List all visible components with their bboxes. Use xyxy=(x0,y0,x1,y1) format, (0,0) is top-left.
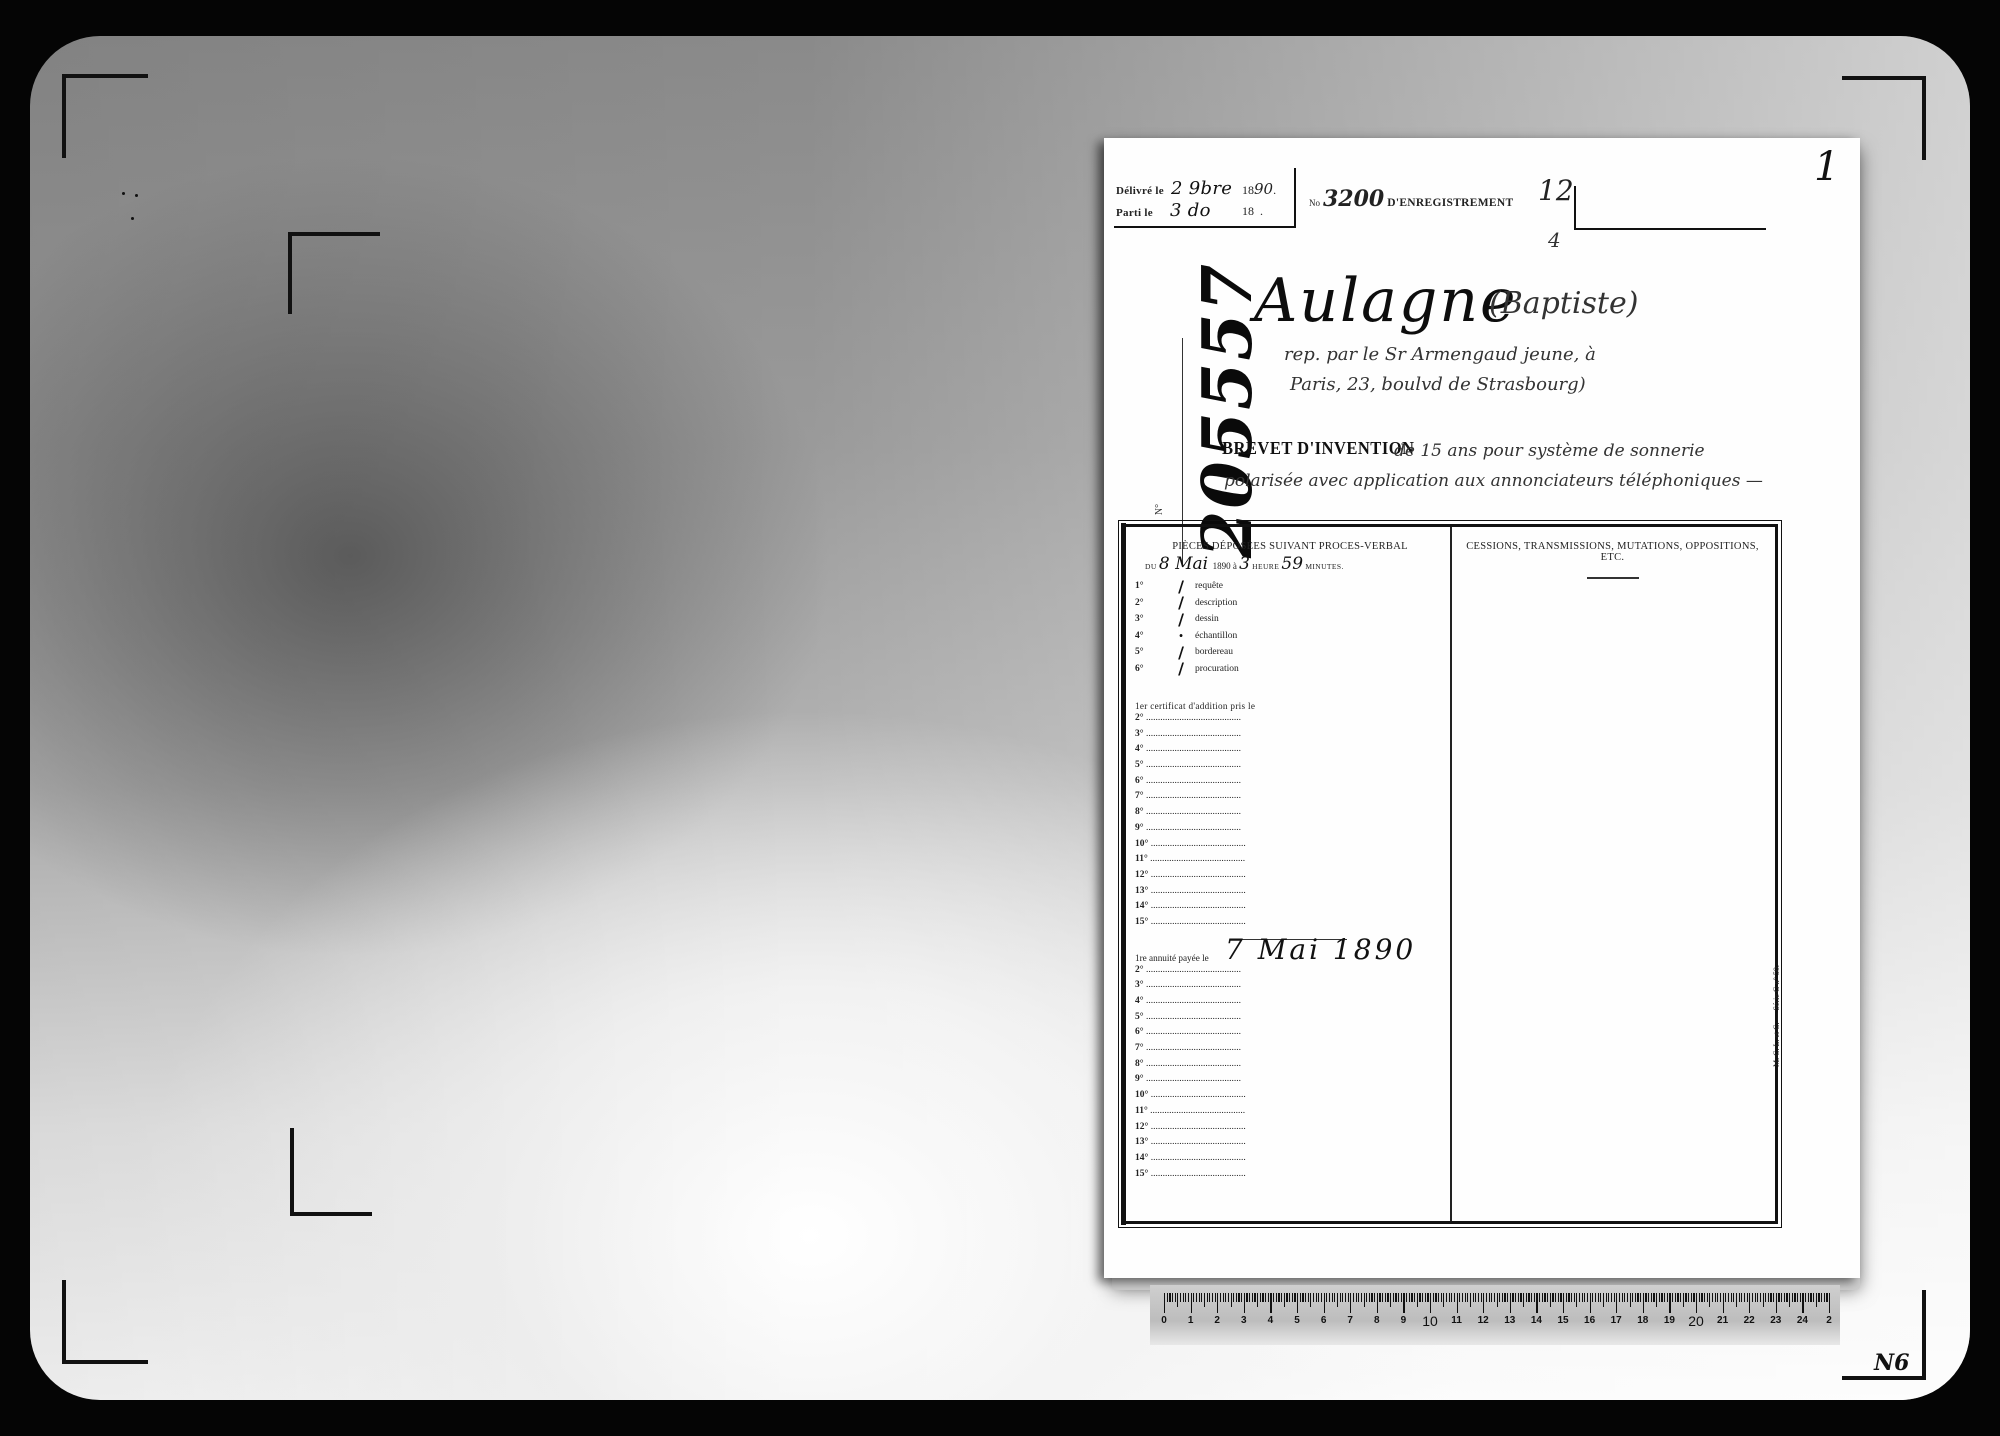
ruler-tick xyxy=(1449,1293,1450,1302)
ruler-tick xyxy=(1576,1293,1577,1307)
ruler-tick xyxy=(1627,1293,1628,1302)
annuity-row: 6° .....................................… xyxy=(1135,1025,1253,1041)
certificate-row: 7° .....................................… xyxy=(1135,789,1253,805)
piece-index: 1° xyxy=(1135,581,1171,591)
ruler-tick xyxy=(1497,1293,1498,1307)
printer-mark: M. C. L. et C. — Série G n° 50. xyxy=(1772,965,1781,1067)
ruler-tick xyxy=(1584,1293,1585,1302)
departed-year: 18 . xyxy=(1242,204,1263,219)
ruler-label: 24 xyxy=(1797,1315,1808,1326)
ruler-label: 18 xyxy=(1637,1315,1648,1326)
ruler-tick xyxy=(1810,1293,1811,1302)
ruler-tick xyxy=(1563,1293,1564,1313)
ruler-tick xyxy=(1297,1293,1298,1313)
certificate-row: 14° ....................................… xyxy=(1135,899,1253,915)
ruler-tick xyxy=(1829,1293,1830,1313)
ruler-tick xyxy=(1651,1293,1652,1302)
ruler-tick xyxy=(1337,1293,1338,1307)
certificate-row: 4° .....................................… xyxy=(1135,742,1253,758)
ruler-tick xyxy=(1281,1293,1282,1302)
ruler-tick xyxy=(1550,1293,1551,1307)
ruler-label: 23 xyxy=(1770,1315,1781,1326)
ruler-label: 14 xyxy=(1531,1315,1542,1326)
ruler-tick xyxy=(1324,1293,1325,1313)
ruler-tick xyxy=(1664,1293,1665,1302)
ruler-tick xyxy=(1800,1293,1801,1302)
delivered-date: 2 9bre xyxy=(1171,178,1232,199)
ruler-tick xyxy=(1443,1293,1444,1307)
ruler-label: 0 xyxy=(1161,1315,1167,1326)
ruler-label: 1 xyxy=(1188,1315,1194,1326)
ruler-tick xyxy=(1467,1293,1468,1302)
annuity-row: 8° .....................................… xyxy=(1135,1057,1253,1073)
ruler-tick xyxy=(1574,1293,1575,1302)
ruler-label: 17 xyxy=(1611,1315,1622,1326)
ruler-tick xyxy=(1387,1293,1388,1302)
ruler-tick xyxy=(1582,1293,1583,1302)
ruler-tick xyxy=(1648,1293,1649,1302)
ruler-tick xyxy=(1763,1293,1764,1307)
ruler-tick xyxy=(1587,1293,1588,1302)
record-table: PIÈCES DÉPOSÉES SUIVANT PROCES-VERBAL DU… xyxy=(1122,524,1778,1224)
registration-fraction-top: 12 xyxy=(1538,174,1574,207)
ruler-tick xyxy=(1425,1293,1426,1302)
proces-verbal-date: DU 8 Mai 1890 à 3 HEURE 59 MINUTES. xyxy=(1145,554,1445,574)
ruler-tick xyxy=(1765,1293,1766,1302)
piece-label: procuration xyxy=(1191,664,1239,674)
ruler-tick xyxy=(1595,1293,1596,1302)
crop-mark-bottom-left-outer xyxy=(62,1280,148,1364)
ruler-tick xyxy=(1699,1293,1700,1302)
ruler-tick xyxy=(1691,1293,1692,1302)
ruler-tick xyxy=(1377,1293,1378,1313)
ruler-tick xyxy=(1656,1293,1657,1307)
ruler-tick xyxy=(1379,1293,1380,1302)
ruler-tick xyxy=(1433,1293,1434,1302)
ruler-tick xyxy=(1366,1293,1367,1302)
ruler-tick xyxy=(1462,1293,1463,1302)
ruler-tick xyxy=(1534,1293,1535,1302)
ruler-tick xyxy=(1643,1293,1644,1313)
ruler-tick xyxy=(1552,1293,1553,1302)
ruler-tick xyxy=(1231,1293,1232,1307)
ruler-tick xyxy=(1257,1293,1258,1307)
ruler-tick xyxy=(1364,1293,1365,1307)
ruler-tick xyxy=(1201,1293,1202,1302)
ruler-tick xyxy=(1768,1293,1769,1302)
ruler-tick xyxy=(1717,1293,1718,1302)
ruler-tick xyxy=(1374,1293,1375,1302)
ruler-label: 12 xyxy=(1478,1315,1489,1326)
ruler-tick xyxy=(1677,1293,1678,1302)
ruler-tick xyxy=(1316,1293,1317,1302)
annuity-row: 4° .....................................… xyxy=(1135,994,1253,1010)
ruler-tick xyxy=(1816,1293,1817,1307)
ruler-tick xyxy=(1385,1293,1386,1302)
ruler-tick xyxy=(1228,1293,1229,1302)
ruler-tick xyxy=(1560,1293,1561,1302)
ruler-tick xyxy=(1731,1293,1732,1302)
departed-row: Parti le 3 do xyxy=(1116,200,1211,221)
ruler-tick xyxy=(1821,1293,1822,1302)
ruler-tick xyxy=(1313,1293,1314,1302)
ruler-tick xyxy=(1438,1293,1439,1302)
ruler-tick xyxy=(1371,1293,1372,1302)
ruler-tick xyxy=(1265,1293,1266,1302)
ruler-tick xyxy=(1390,1293,1391,1307)
ruler-tick xyxy=(1824,1293,1825,1302)
ruler-tick xyxy=(1568,1293,1569,1302)
ruler-tick xyxy=(1792,1293,1793,1302)
ruler-tick xyxy=(1640,1293,1641,1302)
ruler-tick xyxy=(1345,1293,1346,1302)
ruler-tick xyxy=(1531,1293,1532,1302)
ruler-tick xyxy=(1220,1293,1221,1302)
ruler-tick xyxy=(1329,1293,1330,1302)
ruler-label: 20 xyxy=(1688,1313,1704,1329)
ruler-tick xyxy=(1781,1293,1782,1302)
piece-row: 2°/description xyxy=(1135,595,1445,612)
ruler-label: 6 xyxy=(1321,1315,1327,1326)
ruler-tick xyxy=(1680,1293,1681,1302)
ruler-tick xyxy=(1430,1293,1431,1313)
ruler-label: 2 xyxy=(1214,1315,1220,1326)
ruler-tick xyxy=(1427,1293,1428,1302)
ruler-tick xyxy=(1645,1293,1646,1302)
ruler-tick xyxy=(1262,1293,1263,1302)
crop-mark-bottom-left-inner xyxy=(290,1128,372,1216)
ruler-tick xyxy=(1491,1293,1492,1302)
ruler-label: 8 xyxy=(1374,1315,1380,1326)
ruler-tick xyxy=(1422,1293,1423,1302)
ruler-tick xyxy=(1451,1293,1452,1302)
piece-row: 3°/dessin xyxy=(1135,611,1445,628)
ruler-label: 9 xyxy=(1401,1315,1407,1326)
ruler-tick xyxy=(1185,1293,1186,1302)
deposited-pieces-section: PIÈCES DÉPOSÉES SUIVANT PROCES-VERBAL DU… xyxy=(1135,541,1445,1182)
ruler-tick xyxy=(1305,1293,1306,1302)
ruler-tick xyxy=(1616,1293,1617,1313)
ruler-tick xyxy=(1241,1293,1242,1302)
ruler-label: 10 xyxy=(1422,1313,1438,1329)
ruler-tick xyxy=(1757,1293,1758,1302)
ruler-tick xyxy=(1406,1293,1407,1302)
ruler-tick xyxy=(1321,1293,1322,1302)
ruler-tick xyxy=(1696,1293,1697,1313)
annuity-first-value: 7 Mai 1890 xyxy=(1225,933,1416,966)
certificate-row: 11° ....................................… xyxy=(1135,852,1253,868)
dust-speck xyxy=(135,194,138,197)
ruler-tick xyxy=(1270,1293,1271,1313)
departed-label: Parti le xyxy=(1116,207,1153,219)
agent-line-2: Paris, 23, boulvd de Strasbourg) xyxy=(1284,370,1724,400)
crop-mark-top-left-inner xyxy=(288,232,380,314)
ruler-tick xyxy=(1744,1293,1745,1302)
ruler-tick xyxy=(1169,1293,1170,1302)
ruler-tick xyxy=(1510,1293,1511,1313)
ruler-tick xyxy=(1675,1293,1676,1302)
ruler-tick xyxy=(1784,1293,1785,1302)
deposited-pieces-title: PIÈCES DÉPOSÉES SUIVANT PROCES-VERBAL xyxy=(1135,541,1445,552)
ruler-tick xyxy=(1707,1293,1708,1302)
ruler-tick xyxy=(1709,1293,1710,1307)
ruler-tick xyxy=(1683,1293,1684,1307)
registration-label: D'ENREGISTREMENT xyxy=(1387,197,1513,209)
ruler-tick xyxy=(1217,1293,1218,1313)
ruler-tick xyxy=(1465,1293,1466,1302)
annuity-row: 7° .....................................… xyxy=(1135,1041,1253,1057)
ruler-tick xyxy=(1805,1293,1806,1302)
ruler-tick xyxy=(1659,1293,1660,1302)
ruler-tick xyxy=(1701,1293,1702,1302)
ruler-label: 4 xyxy=(1268,1315,1274,1326)
pieces-list: 1°/requête2°/description3°/dessin4°·écha… xyxy=(1135,578,1445,677)
registration-box xyxy=(1574,186,1766,230)
piece-row: 1°/requête xyxy=(1135,578,1445,595)
ruler-label: 5 xyxy=(1294,1315,1300,1326)
ruler-tick xyxy=(1590,1293,1591,1313)
ruler-tick xyxy=(1715,1293,1716,1302)
ruler-tick xyxy=(1409,1293,1410,1302)
ruler-tick xyxy=(1252,1293,1253,1302)
ruler-tick xyxy=(1233,1293,1234,1302)
ruler-tick xyxy=(1225,1293,1226,1302)
ruler-tick xyxy=(1177,1293,1178,1307)
annuity-head: 1re annuité payée le xyxy=(1135,953,1209,963)
ruler-tick xyxy=(1273,1293,1274,1302)
ruler-tick xyxy=(1353,1293,1354,1302)
ruler-tick xyxy=(1254,1293,1255,1302)
ruler-tick xyxy=(1249,1293,1250,1302)
ruler-tick xyxy=(1238,1293,1239,1302)
folio-number: 1 xyxy=(1814,144,1839,190)
piece-index: 3° xyxy=(1135,614,1171,624)
certificate-row: 6° .....................................… xyxy=(1135,774,1253,790)
ruler-tick xyxy=(1512,1293,1513,1302)
ruler-tick xyxy=(1475,1293,1476,1302)
ruler-tick xyxy=(1672,1293,1673,1302)
ruler-tick xyxy=(1544,1293,1545,1302)
ruler-tick xyxy=(1223,1293,1224,1302)
ruler-tick xyxy=(1786,1293,1787,1302)
ruler-label: 13 xyxy=(1504,1315,1515,1326)
ruler-tick xyxy=(1789,1293,1790,1307)
applicant-surname: Aulagne xyxy=(1254,266,1518,336)
ruler-tick xyxy=(1526,1293,1527,1302)
piece-index: 4° xyxy=(1135,631,1171,641)
ruler-tick xyxy=(1826,1293,1827,1302)
crop-mark-top-left-outer xyxy=(62,74,148,158)
ruler-tick xyxy=(1571,1293,1572,1302)
piece-mark: / xyxy=(1171,659,1191,678)
certificate-row: 15° ....................................… xyxy=(1135,915,1253,931)
ruler-tick xyxy=(1755,1293,1756,1302)
ruler-tick xyxy=(1603,1293,1604,1307)
ruler-tick xyxy=(1382,1293,1383,1302)
ruler-label: 3 xyxy=(1241,1315,1247,1326)
annuity-row: 11° ....................................… xyxy=(1135,1104,1253,1120)
piece-label: dessin xyxy=(1191,614,1219,624)
ruler-tick xyxy=(1302,1293,1303,1302)
delivered-row: Délivré le 2 9bre xyxy=(1116,178,1232,199)
delivered-year: 1890. xyxy=(1242,180,1276,198)
ruler-tick xyxy=(1778,1293,1779,1302)
ruler-tick xyxy=(1693,1293,1694,1302)
piece-index: 2° xyxy=(1135,598,1171,608)
registration-number: No 3200 D'ENREGISTREMENT xyxy=(1309,186,1513,212)
ruler-tick xyxy=(1481,1293,1482,1302)
annuities-list: 2° .....................................… xyxy=(1135,963,1445,1183)
ruler-tick xyxy=(1685,1293,1686,1302)
ruler-tick xyxy=(1204,1293,1205,1307)
ruler-tick xyxy=(1369,1293,1370,1302)
ruler-tick xyxy=(1592,1293,1593,1302)
agent-address: rep. par le Sr Armengaud jeune, à Paris,… xyxy=(1284,340,1724,400)
ruler-tick xyxy=(1776,1293,1777,1313)
certificates-list: 2° .....................................… xyxy=(1135,711,1445,931)
ruler-tick xyxy=(1332,1293,1333,1302)
piece-row: 4°·échantillon xyxy=(1135,628,1445,645)
ruler-tick xyxy=(1268,1293,1269,1302)
ruler-tick xyxy=(1401,1293,1402,1302)
ruler-label: 2 xyxy=(1826,1315,1832,1326)
ruler-tick xyxy=(1483,1293,1484,1313)
ruler-tick xyxy=(1566,1293,1567,1302)
annuity-head-row: 1re annuité payée le 7 Mai 1890 xyxy=(1135,953,1445,963)
ruler-label: 7 xyxy=(1347,1315,1353,1326)
annuity-row: 9° .....................................… xyxy=(1135,1072,1253,1088)
ruler-tick xyxy=(1504,1293,1505,1302)
ruler-tick xyxy=(1457,1293,1458,1313)
ruler-tick xyxy=(1515,1293,1516,1302)
ruler-tick xyxy=(1579,1293,1580,1302)
piece-label: description xyxy=(1191,598,1237,608)
ruler-tick xyxy=(1489,1293,1490,1302)
ruler-tick xyxy=(1704,1293,1705,1302)
column-divider xyxy=(1450,527,1452,1221)
ruler-tick xyxy=(1813,1293,1814,1302)
piece-index: 5° xyxy=(1135,647,1171,657)
ruler-tick xyxy=(1310,1293,1311,1307)
annuity-row: 3° .....................................… xyxy=(1135,978,1253,994)
ruler-tick xyxy=(1318,1293,1319,1302)
ruler-tick xyxy=(1614,1293,1615,1302)
ruler-tick xyxy=(1624,1293,1625,1302)
ruler-tick xyxy=(1236,1293,1237,1302)
ruler-tick xyxy=(1736,1293,1737,1307)
ruler-tick xyxy=(1494,1293,1495,1302)
ruler-tick xyxy=(1536,1293,1537,1313)
piece-row: 6°/procuration xyxy=(1135,661,1445,678)
invention-title: de 15 ans pour système de sonnerie polar… xyxy=(1224,436,1764,496)
ruler-tick xyxy=(1294,1293,1295,1302)
certificate-row: 9° .....................................… xyxy=(1135,821,1253,837)
ruler-tick xyxy=(1356,1293,1357,1302)
ruler-tick xyxy=(1600,1293,1601,1302)
ruler-label: 19 xyxy=(1664,1315,1675,1326)
ruler-tick xyxy=(1728,1293,1729,1302)
ruler-tick xyxy=(1260,1293,1261,1302)
ruler-tick xyxy=(1749,1293,1750,1313)
piece-label: bordereau xyxy=(1191,647,1233,657)
ruler-tick xyxy=(1180,1293,1181,1302)
ruler-tick xyxy=(1558,1293,1559,1302)
ruler-tick xyxy=(1818,1293,1819,1302)
ruler-tick xyxy=(1348,1293,1349,1302)
ruler-tick xyxy=(1454,1293,1455,1302)
ruler-tick xyxy=(1411,1293,1412,1302)
ruler-tick xyxy=(1653,1293,1654,1302)
annuity-row: 15° ....................................… xyxy=(1135,1167,1253,1183)
cessions-title: CESSIONS, TRANSMISSIONS, MUTATIONS, OPPO… xyxy=(1455,541,1770,563)
piece-row: 5°/bordereau xyxy=(1135,644,1445,661)
certificate-row: 8° .....................................… xyxy=(1135,805,1253,821)
ruler-tick xyxy=(1733,1293,1734,1302)
ruler-tick xyxy=(1598,1293,1599,1302)
ruler-tick xyxy=(1725,1293,1726,1302)
ruler-tick xyxy=(1502,1293,1503,1302)
ruler-tick xyxy=(1770,1293,1771,1302)
ruler-tick xyxy=(1361,1293,1362,1302)
ruler-tick xyxy=(1292,1293,1293,1302)
ruler-tick xyxy=(1739,1293,1740,1302)
ruler-tick xyxy=(1286,1293,1287,1302)
ruler-tick xyxy=(1172,1293,1173,1302)
ruler-tick xyxy=(1720,1293,1721,1302)
scale-ruler: 0123456789101112131415161718192021222324… xyxy=(1150,1285,1840,1345)
ruler-tick xyxy=(1507,1293,1508,1302)
ruler-tick xyxy=(1393,1293,1394,1302)
certificate-row: 3° .....................................… xyxy=(1135,727,1253,743)
ruler-tick xyxy=(1470,1293,1471,1307)
cessions-section: CESSIONS, TRANSMISSIONS, MUTATIONS, OPPO… xyxy=(1455,541,1770,579)
ruler-tick xyxy=(1688,1293,1689,1302)
certificates-head: 1er certificat d'addition pris le xyxy=(1135,701,1445,711)
ruler-tick xyxy=(1630,1293,1631,1307)
ruler-tick xyxy=(1797,1293,1798,1302)
plate-number: N6 xyxy=(1874,1350,1909,1376)
ruler-tick xyxy=(1164,1293,1165,1313)
ruler-tick xyxy=(1478,1293,1479,1302)
ruler-tick xyxy=(1419,1293,1420,1302)
ruler-tick xyxy=(1712,1293,1713,1302)
ruler-tick xyxy=(1669,1293,1670,1313)
ruler-tick xyxy=(1611,1293,1612,1302)
registration-fraction-bottom: 4 xyxy=(1548,228,1561,252)
ruler-label: 16 xyxy=(1584,1315,1595,1326)
annuity-row: 14° ....................................… xyxy=(1135,1151,1253,1167)
ruler-tick xyxy=(1622,1293,1623,1302)
ruler-tick xyxy=(1723,1293,1724,1313)
ruler-tick xyxy=(1212,1293,1213,1302)
ruler-tick xyxy=(1441,1293,1442,1302)
certificate-row: 2° .....................................… xyxy=(1135,711,1253,727)
ruler-tick xyxy=(1542,1293,1543,1302)
ruler-tick xyxy=(1209,1293,1210,1302)
ruler-tick xyxy=(1417,1293,1418,1307)
ruler-tick xyxy=(1773,1293,1774,1302)
ruler-tick xyxy=(1520,1293,1521,1302)
annuity-row: 10° ....................................… xyxy=(1135,1088,1253,1104)
ruler-tick xyxy=(1637,1293,1638,1302)
ruler-tick xyxy=(1635,1293,1636,1302)
ruler-label: 11 xyxy=(1451,1315,1462,1326)
ruler-tick xyxy=(1752,1293,1753,1302)
ruler-tick xyxy=(1435,1293,1436,1302)
ruler-tick xyxy=(1199,1293,1200,1302)
ruler-tick xyxy=(1667,1293,1668,1302)
ruler-tick xyxy=(1528,1293,1529,1302)
